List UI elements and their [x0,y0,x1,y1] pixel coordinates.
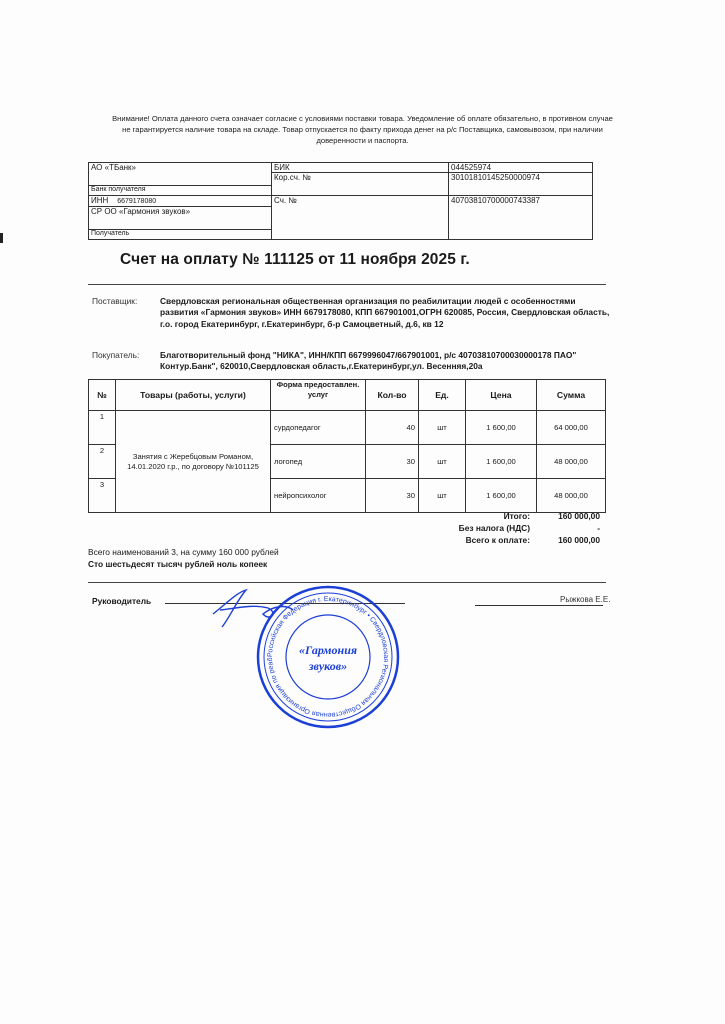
inn-label: ИНН [91,196,108,205]
vat-label: Без налога (НДС) [400,522,530,534]
total-label: Итого: [400,510,530,522]
items-table: № Товары (работы, услуги) Форма предоста… [88,379,606,513]
table-row: 1 Занятия с Жеребцовым Романом, 14.01.20… [89,411,606,445]
buyer-text: Благотворительный фонд "НИКА", ИНН/КПП 6… [160,350,610,373]
col-price: Цена [466,380,537,411]
bik-value: 044525974 [449,163,593,173]
summary-words: Сто шестьдесят тысяч рублей ноль копеек [88,558,279,570]
stamp-and-signature: Российская Федерация г. Екатеринбург • С… [208,582,408,732]
corr-value: 30101810145250000974 [449,173,593,196]
col-sum: Сумма [537,380,606,411]
summary-block: Всего наименований 3, на сумму 160 000 р… [88,546,279,570]
supplier-text: Свердловская региональная общественная о… [160,296,610,330]
account-label: Сч. № [272,196,449,240]
inn-value: 6679178080 [117,198,156,205]
total-value: 160 000,00 [530,510,600,522]
bank-name: АО «ТБанк» [89,163,272,186]
col-form: Форма предоставлен. услуг [271,380,366,411]
col-goods: Товары (работы, услуги) [116,380,271,411]
inn-cell: ИНН 6679178080 [89,196,272,207]
bik-label: БИК [272,163,449,173]
col-qty: Кол-во [366,380,419,411]
payment-notice: Внимание! Оплата данного счета означает … [110,113,615,146]
recipient-label: Получатель [89,230,272,240]
item-description: Занятия с Жеребцовым Романом, 14.01.2020… [116,411,271,513]
items-header-row: № Товары (работы, услуги) Форма предоста… [89,380,606,411]
svg-text:звуков»: звуков» [308,659,347,673]
summary-count: Всего наименований 3, на сумму 160 000 р… [88,546,279,558]
buyer-label: Покупатель: [92,350,139,360]
invoice-title: Счет на оплату № 111125 от 11 ноября 202… [120,251,470,269]
due-label: Всего к оплате: [400,534,530,546]
col-number: № [89,380,116,411]
supplier-label: Поставщик: [92,296,137,306]
scan-margin-mark [0,233,3,243]
name-line [475,605,603,606]
corr-label: Кор.сч. № [272,173,449,196]
signature-label: Руководитель [92,596,151,606]
col-unit: Ед. [419,380,466,411]
totals-block: Итого:160 000,00 Без налога (НДС)- Всего… [400,510,600,546]
signatory-name: Рыжкова Е.Е. [560,595,610,604]
title-divider [88,284,606,285]
svg-text:«Гармония: «Гармония [299,643,357,657]
account-value: 40703810700000743387 [449,196,593,240]
bank-details-table: АО «ТБанк» БИК 044525974 Кор.сч. № 30101… [88,162,593,240]
due-value: 160 000,00 [530,534,600,546]
vat-value: - [530,522,600,534]
bank-label: Банк получателя [89,186,272,196]
recipient-name: СР ОО «Гармония звуков» [89,207,272,230]
